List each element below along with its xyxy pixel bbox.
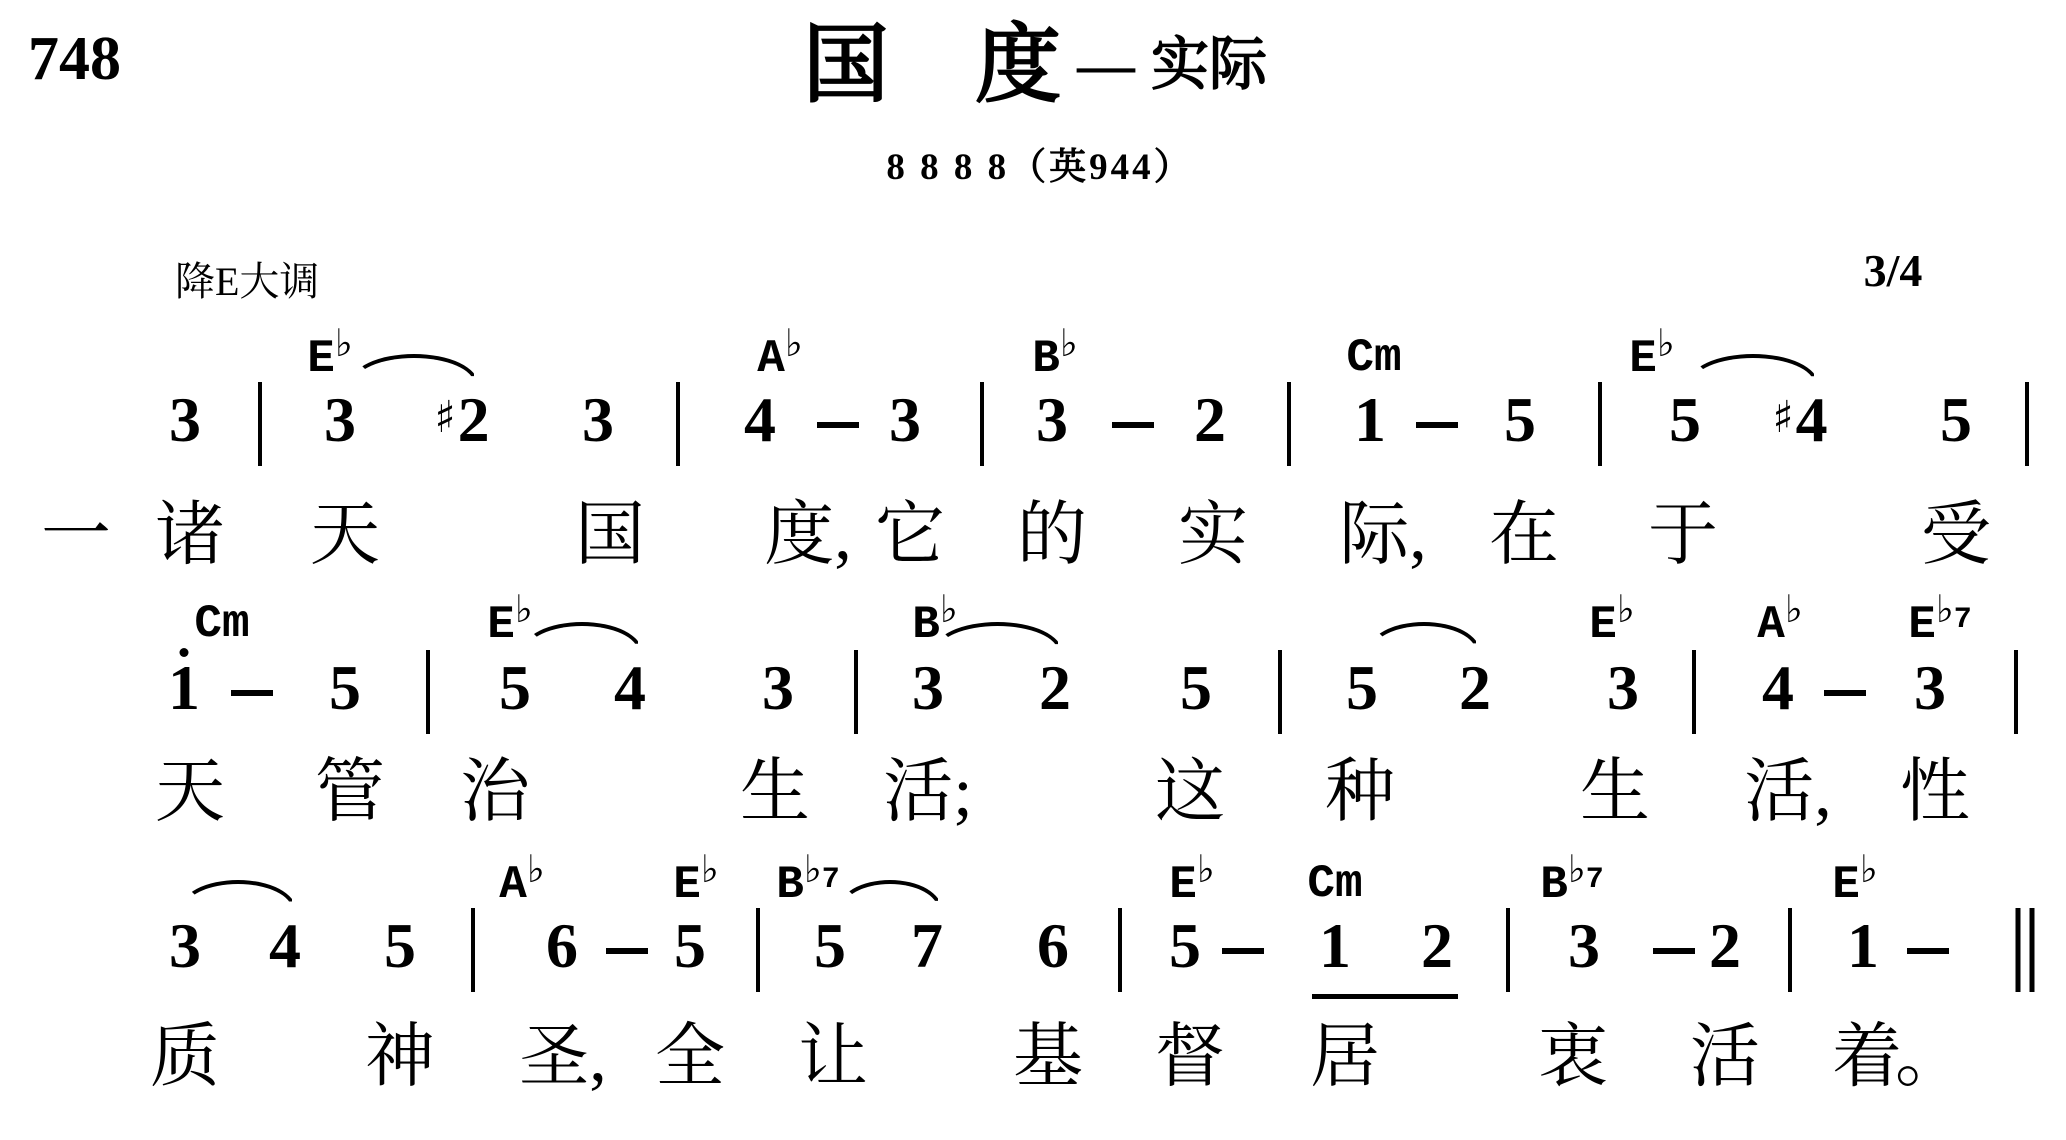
lyric-char: 它 xyxy=(875,498,945,574)
title-row: 国 度 — 实际 xyxy=(803,22,1267,108)
barline xyxy=(854,650,858,734)
barline xyxy=(1287,382,1291,466)
note-digit: 4 xyxy=(1762,656,1794,720)
barline xyxy=(2014,650,2018,734)
chord-seventh: 7 xyxy=(1954,603,1972,637)
chord-seventh: 7 xyxy=(822,863,840,897)
title-dash: — xyxy=(1077,36,1135,94)
slur-arc xyxy=(838,880,942,910)
lyric-char: 衷 xyxy=(1538,1020,1608,1096)
note-digit: 5 xyxy=(1669,388,1701,452)
meter-line: 8 8 8 8（英944） xyxy=(886,136,1193,190)
note-digit: 3 xyxy=(1914,656,1946,720)
note-digit: 1 xyxy=(1354,388,1386,452)
flat-sign: ♭ xyxy=(515,587,533,631)
flat-sign: ♭ xyxy=(1568,847,1586,891)
lyric-char: 生 xyxy=(1580,755,1650,831)
duration-dash xyxy=(1653,948,1695,954)
slur-arc xyxy=(1368,622,1480,652)
hymn-subtitle: 实际 xyxy=(1151,36,1267,94)
note-digit: 2 xyxy=(1421,914,1453,978)
note-digit: 5 xyxy=(814,914,846,978)
note-digit: 5 xyxy=(329,656,361,720)
chord-symbol: E♭ xyxy=(307,334,353,383)
note-digit: 2 xyxy=(1194,388,1226,452)
barline xyxy=(426,650,430,734)
duration-dash xyxy=(1416,422,1458,428)
lyric-char: 基 xyxy=(1013,1020,1083,1096)
flat-sign: ♭ xyxy=(701,847,719,891)
eighth-note-beam xyxy=(1312,994,1458,999)
duration-dash xyxy=(606,948,648,954)
chord-symbol: Cm xyxy=(194,600,249,648)
note-digit: 1 xyxy=(168,656,200,720)
duration-dash xyxy=(1907,948,1949,954)
chord-symbol: E♭7 xyxy=(1908,600,1972,654)
lyric-char: 际, xyxy=(1339,498,1427,574)
flat-sign: ♭ xyxy=(1197,847,1215,891)
barline xyxy=(1692,650,1696,734)
slur-arc xyxy=(1688,354,1818,384)
note-digit: 4 xyxy=(269,914,301,978)
lyric-char: 神 xyxy=(365,1020,435,1096)
barline xyxy=(1598,382,1602,466)
note-digit: 4 xyxy=(744,388,776,452)
note-digit: 3 xyxy=(169,388,201,452)
note-digit: 5 xyxy=(384,914,416,978)
final-barline xyxy=(2016,908,2035,992)
note-digit: 5 xyxy=(499,656,531,720)
barline xyxy=(1278,650,1282,734)
lyric-char: 质 xyxy=(150,1020,220,1096)
lyric-char: 活; xyxy=(883,755,972,831)
lyric-char: 督 xyxy=(1155,1020,1225,1096)
lyric-char: 的 xyxy=(1017,498,1087,574)
lyric-char: 管 xyxy=(315,755,385,831)
note-digit: 5 xyxy=(1940,388,1972,452)
sharp-sign: ♯ xyxy=(1772,392,1793,443)
octave-dot xyxy=(180,648,189,657)
barline xyxy=(258,382,262,466)
note-digit: 2 xyxy=(1709,914,1741,978)
chord-symbol: Cm xyxy=(1307,860,1362,908)
note-digit: 3 xyxy=(1568,914,1600,978)
note-digit: 3 xyxy=(1036,388,1068,452)
lyric-char: 受 xyxy=(1921,498,1991,574)
lyric-char: 活, xyxy=(1744,755,1832,831)
lyric-char: 天 xyxy=(155,755,225,831)
lyric-char: 天 xyxy=(310,498,380,574)
chord-symbol: A♭ xyxy=(1757,600,1803,649)
flat-sign: ♭ xyxy=(1785,587,1803,631)
lyric-char: 圣, xyxy=(519,1020,607,1096)
barline xyxy=(1506,908,1510,992)
note-digit: 4 xyxy=(614,656,646,720)
flat-sign: ♭ xyxy=(1657,321,1675,365)
note-digit: 2 xyxy=(1459,656,1491,720)
note-digit: 2 xyxy=(1039,656,1071,720)
lyric-char: 让 xyxy=(798,1020,868,1096)
note-digit: 3 xyxy=(169,914,201,978)
chord-symbol: A♭ xyxy=(757,334,803,383)
duration-dash xyxy=(1222,948,1264,954)
lyric-char: 种 xyxy=(1325,755,1395,831)
chord-symbol: Cm xyxy=(1346,334,1401,382)
slur-arc xyxy=(933,622,1062,652)
barline xyxy=(1118,908,1122,992)
chord-symbol: B♭7 xyxy=(1540,860,1604,914)
flat-sign: ♭ xyxy=(1617,587,1635,631)
duration-dash xyxy=(817,422,859,428)
lyric-char: 活 xyxy=(1690,1020,1760,1096)
flat-sign: ♭ xyxy=(1860,847,1878,891)
lyric-char: 一 xyxy=(41,498,111,574)
note-digit: 1 xyxy=(1319,914,1351,978)
note-digit: 3 xyxy=(889,388,921,452)
note-digit: 3 xyxy=(1607,656,1639,720)
lyric-char: 于 xyxy=(1648,498,1718,574)
chord-symbol: E♭ xyxy=(1832,860,1878,909)
lyric-char: 国 xyxy=(575,498,645,574)
note-digit: 3 xyxy=(762,656,794,720)
key-signature: 降E大调 xyxy=(175,250,319,307)
chord-symbol: B♭7 xyxy=(776,860,840,914)
chord-symbol: E♭ xyxy=(673,860,719,909)
lyric-char: 治 xyxy=(460,755,530,831)
chord-symbol: B♭ xyxy=(1032,334,1078,383)
slur-arc xyxy=(350,354,478,384)
hymn-title: 国 度 xyxy=(803,22,1061,108)
lyric-char: 全 xyxy=(655,1020,725,1096)
chord-symbol: E♭ xyxy=(1589,600,1635,649)
note-digit: 5 xyxy=(1504,388,1536,452)
sharp-sign: ♯ xyxy=(434,392,455,443)
lyric-char: 。 xyxy=(1895,1020,1965,1096)
lyric-char: 诸 xyxy=(155,498,225,574)
note-digit: 5 xyxy=(1346,656,1378,720)
barline xyxy=(980,382,984,466)
flat-sign: ♭ xyxy=(804,847,822,891)
note-digit: ♯4 xyxy=(1772,388,1827,459)
note-digit: 5 xyxy=(1180,656,1212,720)
chord-seventh: 7 xyxy=(1586,863,1604,897)
lyric-char: 在 xyxy=(1489,498,1559,574)
hymn-sheet: 748 国 度 — 实际 8 8 8 8（英944） 降E大调 3/4 E♭A♭… xyxy=(0,0,2066,1140)
barline xyxy=(676,382,680,466)
lyric-char: 着 xyxy=(1832,1020,1902,1096)
chord-symbol: E♭ xyxy=(487,600,533,649)
barline xyxy=(471,908,475,992)
chord-symbol: E♭ xyxy=(1629,334,1675,383)
note-digit: 3 xyxy=(912,656,944,720)
duration-dash xyxy=(1824,690,1866,696)
barline xyxy=(2025,382,2029,466)
lyric-char: 居 xyxy=(1310,1020,1380,1096)
note-digit: 6 xyxy=(1037,914,1069,978)
flat-sign: ♭ xyxy=(527,847,545,891)
duration-dash xyxy=(1112,422,1154,428)
lyric-char: 性 xyxy=(1900,755,1970,831)
chord-symbol: A♭ xyxy=(499,860,545,909)
slur-arc xyxy=(522,622,642,652)
note-digit: 3 xyxy=(582,388,614,452)
note-digit: 5 xyxy=(674,914,706,978)
barline xyxy=(1788,908,1792,992)
lyric-char: 度, xyxy=(764,498,852,574)
lyric-char: 生 xyxy=(740,755,810,831)
note-digit: 7 xyxy=(911,914,943,978)
flat-sign: ♭ xyxy=(940,587,958,631)
note-digit: 1 xyxy=(1847,914,1879,978)
lyric-char: 这 xyxy=(1155,755,1225,831)
flat-sign: ♭ xyxy=(335,321,353,365)
flat-sign: ♭ xyxy=(1936,587,1954,631)
note-digit: 6 xyxy=(546,914,578,978)
note-digit: 5 xyxy=(1169,914,1201,978)
lyric-char: 实 xyxy=(1178,498,1248,574)
time-signature: 3/4 xyxy=(1864,244,1923,297)
flat-sign: ♭ xyxy=(1060,321,1078,365)
flat-sign: ♭ xyxy=(785,321,803,365)
chord-symbol: B♭ xyxy=(912,600,958,649)
note-digit: 3 xyxy=(324,388,356,452)
note-digit: ♯2 xyxy=(434,388,489,459)
slur-arc xyxy=(180,880,296,910)
duration-dash xyxy=(231,690,273,696)
barline xyxy=(756,908,760,992)
hymn-number: 748 xyxy=(28,24,121,95)
chord-symbol: E♭ xyxy=(1169,860,1215,909)
